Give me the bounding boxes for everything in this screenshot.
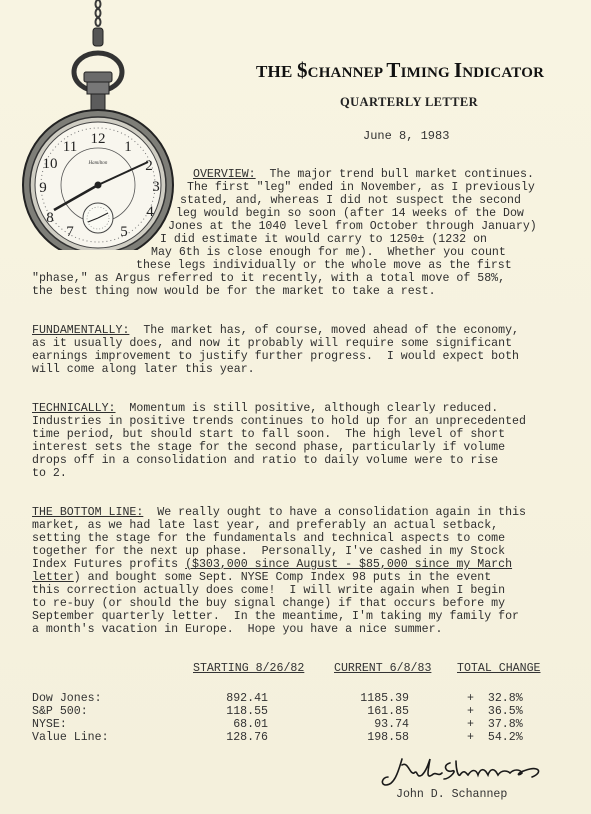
svg-text:Hamilton: Hamilton: [88, 161, 108, 166]
overview-heading: OVERVIEW:: [193, 168, 256, 181]
svg-text:2: 2: [145, 158, 153, 174]
svg-text:4: 4: [146, 204, 154, 220]
letter-date: June 8, 1983: [363, 129, 449, 143]
svg-text:3: 3: [152, 179, 160, 195]
index-name: Value Line:: [32, 731, 152, 744]
change-value: + 36.5%: [467, 705, 547, 718]
start-value: 128.76: [182, 731, 268, 744]
letter-page: THE $CHANNEP TIMING INDICATOR QUARTERLY …: [0, 0, 591, 814]
bottom-line-heading: THE BOTTOM LINE:: [32, 506, 143, 519]
start-value: 118.55: [182, 705, 268, 718]
svg-text:9: 9: [39, 180, 47, 196]
column-header-starting: STARTING 8/26/82: [193, 662, 304, 675]
current-value: 161.85: [322, 705, 409, 718]
current-value: 198.58: [322, 731, 409, 744]
change-value: + 54.2%: [467, 731, 547, 744]
current-value: 93.74: [322, 718, 409, 731]
column-header-change: TOTAL CHANGE: [457, 662, 541, 675]
current-value: 1185.39: [322, 692, 409, 705]
index-name: NYSE:: [32, 718, 152, 731]
svg-text:12: 12: [91, 131, 106, 147]
svg-text:10: 10: [43, 156, 58, 172]
start-value: 68.01: [182, 718, 268, 731]
pocket-watch-icon: 12 1 2 3 4 5 7 8 9 10 11 Hamilton: [18, 0, 188, 250]
newsletter-title: THE $CHANNEP TIMING INDICATOR: [256, 58, 544, 83]
svg-text:8: 8: [46, 210, 54, 226]
svg-text:1: 1: [124, 139, 132, 155]
start-value: 892.41: [182, 692, 268, 705]
fundamentally-heading: FUNDAMENTALLY:: [32, 324, 129, 337]
typed-signature: John D. Schannep: [396, 788, 507, 801]
svg-text:5: 5: [120, 224, 128, 240]
profits-highlight: ($303,000 since August - $85,000 since m…: [185, 558, 512, 571]
column-header-current: CURRENT 6/8/83: [334, 662, 431, 675]
svg-text:11: 11: [63, 139, 77, 155]
newsletter-subtitle: QUARTERLY LETTER: [340, 95, 478, 110]
index-name: S&P 500:: [32, 705, 152, 718]
svg-text:7: 7: [66, 224, 74, 240]
technically-heading: TECHNICALLY:: [32, 402, 116, 415]
change-value: + 37.8%: [467, 718, 547, 731]
index-name: Dow Jones:: [32, 692, 152, 705]
change-value: + 32.8%: [467, 692, 547, 705]
